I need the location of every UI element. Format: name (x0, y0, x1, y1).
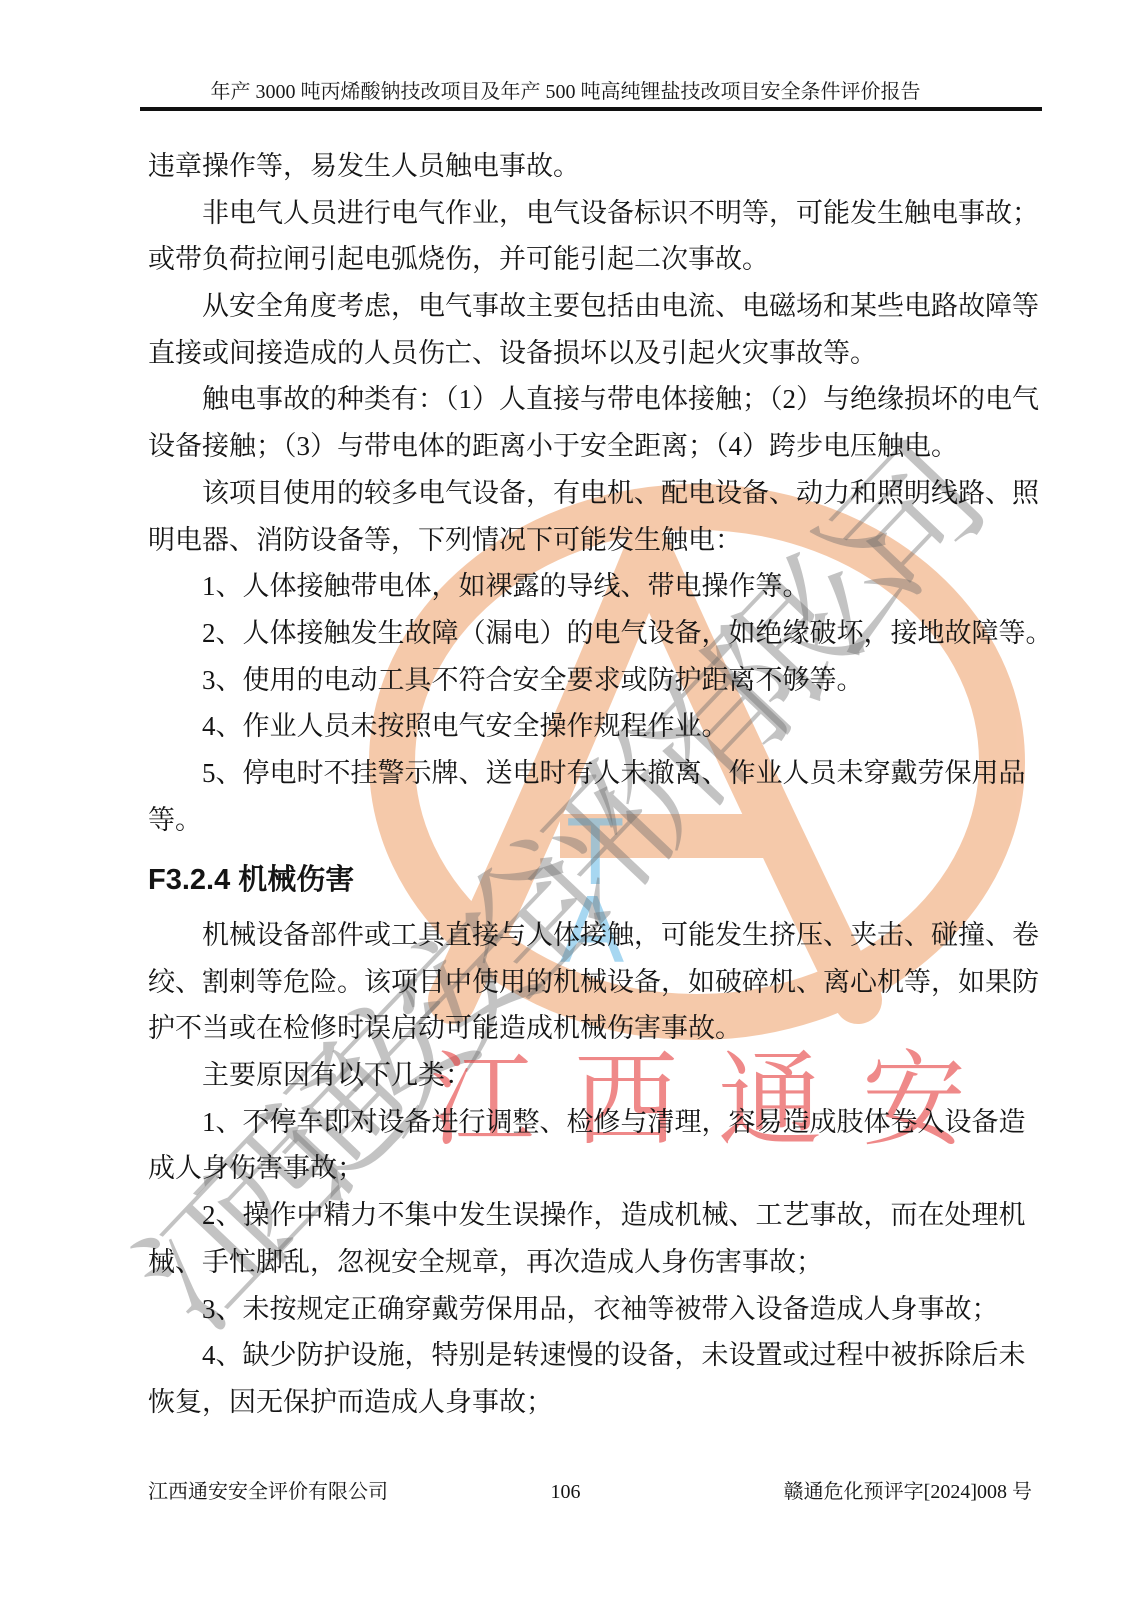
section-heading: F3.2.4 机械伤害 (148, 857, 1014, 904)
body-line: 1、不停车即对设备进行调整、检修与清理，容易造成肢体卷入设备造 (148, 1099, 1014, 1146)
body-line: 从安全角度考虑，电气事故主要包括由电流、电磁场和某些电路故障等 (148, 283, 1014, 330)
body-text: 违章操作等，易发生人员触电事故。 非电气人员进行电气作业，电气设备标识不明等，可… (148, 143, 1014, 1426)
body-line: 3、未按规定正确穿戴劳保用品，衣袖等被带入设备造成人身事故； (148, 1286, 1014, 1333)
body-line: 非电气人员进行电气作业，电气设备标识不明等，可能发生触电事故； (148, 190, 1014, 237)
body-line: 直接或间接造成的人员伤亡、设备损坏以及引起火灾事故等。 (148, 330, 1014, 377)
body-line: 主要原因有以下几类： (148, 1052, 1014, 1099)
body-line: 该项目使用的较多电气设备，有电机、配电设备、动力和照明线路、照 (148, 470, 1014, 517)
body-line: 或带负荷拉闸引起电弧烧伤，并可能引起二次事故。 (148, 236, 1014, 283)
document-page: T A 江西通安安全评价有限公司 江西通安 年产 3000 吨丙烯酸钠技改项目及… (0, 0, 1131, 1600)
body-line: 等。 (148, 797, 1014, 844)
body-line: 3、使用的电动工具不符合安全要求或防护距离不够等。 (148, 657, 1014, 704)
page-footer: 江西通安安全评价有限公司 106 赣通危化预评字[2024]008 号 (0, 1477, 1131, 1507)
body-line: 违章操作等，易发生人员触电事故。 (148, 143, 1014, 190)
footer-doc-number: 赣通危化预评字[2024]008 号 (784, 1477, 1032, 1507)
body-line: 机械设备部件或工具直接与人体接触，可能发生挤压、夹击、碰撞、卷 (148, 912, 1014, 959)
body-line: 械、手忙脚乱，忽视安全规章，再次造成人身伤害事故； (148, 1239, 1014, 1286)
body-line: 恢复，因无保护而造成人身事故； (148, 1379, 1014, 1426)
body-line: 成人身伤害事故； (148, 1145, 1014, 1192)
body-line: 绞、割刺等危险。该项目中使用的机械设备，如破碎机、离心机等，如果防 (148, 959, 1014, 1006)
body-line: 2、人体接触发生故障（漏电）的电气设备，如绝缘破坏，接地故障等。 (148, 610, 1014, 657)
body-line: 触电事故的种类有：（1）人直接与带电体接触；（2）与绝缘损坏的电气 (148, 376, 1014, 423)
body-line: 设备接触；（3）与带电体的距离小于安全距离；（4）跨步电压触电。 (148, 423, 1014, 470)
body-line: 1、人体接触带电体，如裸露的导线、带电操作等。 (148, 563, 1014, 610)
body-line: 4、作业人员未按照电气安全操作规程作业。 (148, 703, 1014, 750)
body-line: 护不当或在检修时误启动可能造成机械伤害事故。 (148, 1005, 1014, 1052)
header-rule (140, 107, 1042, 111)
body-line: 2、操作中精力不集中发生误操作，造成机械、工艺事故，而在处理机 (148, 1192, 1014, 1239)
header-title: 年产 3000 吨丙烯酸钠技改项目及年产 500 吨高纯锂盐技改项目安全条件评价… (0, 80, 1131, 104)
body-line: 5、停电时不挂警示牌、送电时有人未撤离、作业人员未穿戴劳保用品 (148, 750, 1014, 797)
body-line: 明电器、消防设备等，下列情况下可能发生触电： (148, 517, 1014, 564)
body-line: 4、缺少防护设施，特别是转速慢的设备，未设置或过程中被拆除后未 (148, 1332, 1014, 1379)
